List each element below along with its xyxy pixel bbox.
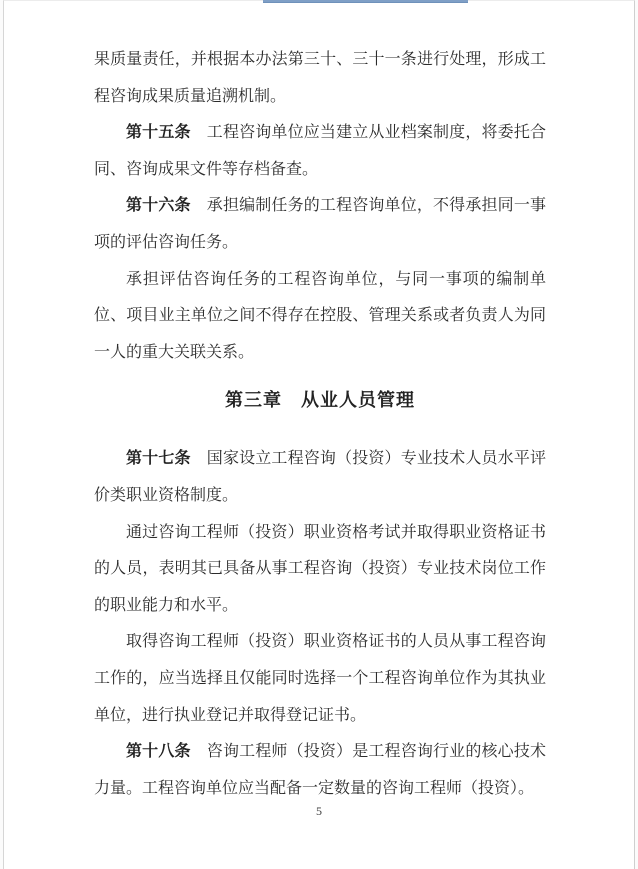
screen: { "page": { "number": "5", "accent_bar_c… (0, 0, 638, 869)
document-page: 果质量责任，并根据本办法第三十、三十一条进行处理，形成工程咨询成果质量追溯机制。… (3, 0, 635, 869)
article-number: 第十八条 (126, 743, 191, 760)
paragraph: 取得咨询工程师（投资）职业资格证书的人员从事工程咨询工作的，应当选择且仅能同时选… (94, 624, 546, 734)
paragraph: 第十八条 咨询工程师（投资）是工程咨询行业的核心技术力量。工程咨询单位应当配备一… (94, 734, 546, 807)
paragraph: 第十六条 承担编制任务的工程咨询单位，不得承担同一事项的评估咨询任务。 (94, 188, 546, 261)
document-body: 果质量责任，并根据本办法第三十、三十一条进行处理，形成工程咨询成果质量追溯机制。… (94, 42, 546, 807)
paragraph: 承担评估咨询任务的工程咨询单位，与同一事项的编制单位、项目业主单位之间不得存在控… (94, 262, 546, 372)
top-accent-bar (263, 0, 468, 3)
article-number: 第十六条 (126, 197, 191, 214)
paragraph: 果质量责任，并根据本办法第三十、三十一条进行处理，形成工程咨询成果质量追溯机制。 (94, 42, 546, 115)
article-number: 第十五条 (126, 124, 191, 141)
paragraph: 第十七条 国家设立工程咨询（投资）专业技术人员水平评价类职业资格制度。 (94, 441, 546, 514)
text-run: 果质量责任，并根据本办法第三十、三十一条进行处理，形成工程咨询成果质量追溯机制。 (94, 51, 546, 105)
text-run: 通过咨询工程师（投资）职业资格考试并取得职业资格证书的人员，表明其已具备从事工程… (94, 524, 546, 614)
chapter-heading: 第三章 从业人员管理 (94, 387, 546, 413)
text-run: 承担评估咨询任务的工程咨询单位，与同一事项的编制单位、项目业主单位之间不得存在控… (94, 271, 546, 361)
article-number: 第十七条 (126, 450, 191, 467)
text-run: 取得咨询工程师（投资）职业资格证书的人员从事工程咨询工作的，应当选择且仅能同时选… (94, 633, 546, 723)
paragraph: 通过咨询工程师（投资）职业资格考试并取得职业资格证书的人员，表明其已具备从事工程… (94, 515, 546, 625)
paragraph: 第十五条 工程咨询单位应当建立从业档案制度，将委托合同、咨询成果文件等存档备查。 (94, 115, 546, 188)
page-number: 5 (4, 804, 634, 819)
article-number: 第三章 从业人员管理 (225, 390, 415, 410)
